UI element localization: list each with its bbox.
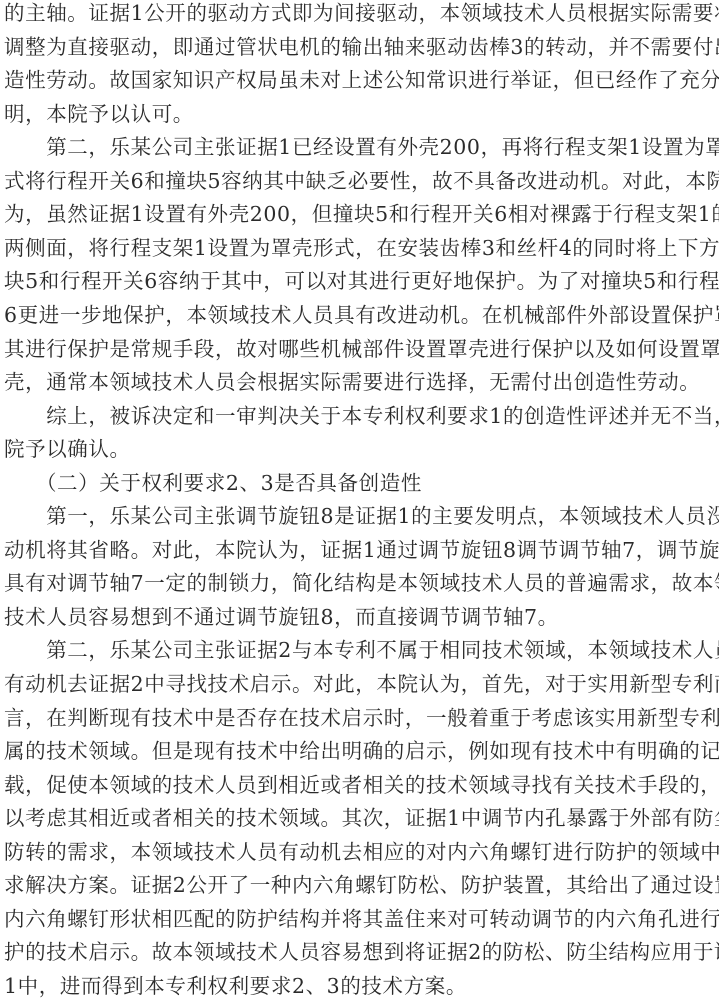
text-line: 造性劳动。故国家知识产权局虽未对上述公知常识进行举证，但已经作了充分说 — [4, 68, 716, 102]
text-line: 护的技术启示。故本领域技术人员容易想到将证据2的防松、防尘结构应用于证据 — [4, 940, 716, 974]
text-line: 为，虽然证据1设置有外壳200，但撞块5和行程开关6相对裸露于行程支架1的相对 — [4, 202, 716, 236]
text-line: 的主轴。证据1公开的驱动方式即为间接驱动，本领域技术人员根据实际需要将其 — [4, 1, 716, 35]
text-line: 式将行程开关6和撞块5容纳其中缺乏必要性，故不具备改进动机。对此，本院认 — [4, 169, 716, 203]
text-line: 两侧面，将行程支架1设置为罩壳形式，在安装齿棒3和丝杆4的同时将上下方的撞 — [4, 236, 716, 270]
text-line: 院予以确认。 — [4, 437, 716, 471]
text-line: 载，促使本领域的技术人员到相近或者相关的技术领域寻找有关技术手段的，可 — [4, 773, 716, 807]
text-line: 块5和行程开关6容纳于其中，可以对其进行更好地保护。为了对撞块5和行程开关 — [4, 269, 716, 303]
text-line: 调整为直接驱动，即通过管状电机的输出轴来驱动齿棒3的转动，并不需要付出创 — [4, 35, 716, 69]
text-line: 动机将其省略。对此，本院认为，证据1通过调节旋钮8调节调节轴7，调节旋钮8 — [4, 538, 716, 572]
text-line: 6更进一步地保护，本领域技术人员具有改进动机。在机械部件外部设置保护罩对 — [4, 303, 716, 337]
text-line: 第一，乐某公司主张调节旋钮8是证据1的主要发明点，本领域技术人员没有 — [4, 504, 716, 538]
document-page: 的主轴。证据1公开的驱动方式即为间接驱动，本领域技术人员根据实际需要将其 调整为… — [0, 0, 719, 1003]
text-line: 明，本院予以认可。 — [4, 102, 716, 136]
text-line: 第二，乐某公司主张证据2与本专利不属于相同技术领域，本领域技术人员没 — [4, 638, 716, 672]
text-line: 其进行保护是常规手段，故对哪些机械部件设置罩壳进行保护以及如何设置罩 — [4, 337, 716, 371]
text-line: 防转的需求，本领域技术人员有动机去相应的对内六角螺钉进行防护的领域中寻 — [4, 840, 716, 874]
text-line: 属的技术领域。但是现有技术中给出明确的启示，例如现有技术中有明确的记 — [4, 739, 716, 773]
text-line: 以考虑其相近或者相关的技术领域。其次，证据1中调节内孔暴露于外部有防尘、 — [4, 806, 716, 840]
text-line: 1中，进而得到本专利权利要求2、3的技术方案。 — [4, 974, 716, 1003]
section-heading: （二）关于权利要求2、3是否具备创造性 — [4, 471, 716, 505]
text-line: 有动机去证据2中寻找技术启示。对此，本院认为，首先，对于实用新型专利而 — [4, 672, 716, 706]
text-line: 内六角螺钉形状相匹配的防护结构并将其盖住来对可转动调节的内六角孔进行防 — [4, 907, 716, 941]
text-line: 技术人员容易想到不通过调节旋钮8，而直接调节调节轴7。 — [4, 605, 716, 639]
text-line: 求解决方案。证据2公开了一种内六角螺钉防松、防护装置，其给出了通过设置与 — [4, 873, 716, 907]
text-line: 第二，乐某公司主张证据1已经设置有外壳200，再将行程支架1设置为罩壳形 — [4, 135, 716, 169]
text-line: 具有对调节轴7一定的制锁力，简化结构是本领域技术人员的普遍需求，故本领域 — [4, 571, 716, 605]
text-line: 综上，被诉决定和一审判决关于本专利权利要求1的创造性评述并无不当，本 — [4, 404, 716, 438]
text-line: 壳，通常本领域技术人员会根据实际需要进行选择，无需付出创造性劳动。 — [4, 370, 716, 404]
text-line: 言，在判断现有技术中是否存在技术启示时，一般着重于考虑该实用新型专利所 — [4, 706, 716, 740]
